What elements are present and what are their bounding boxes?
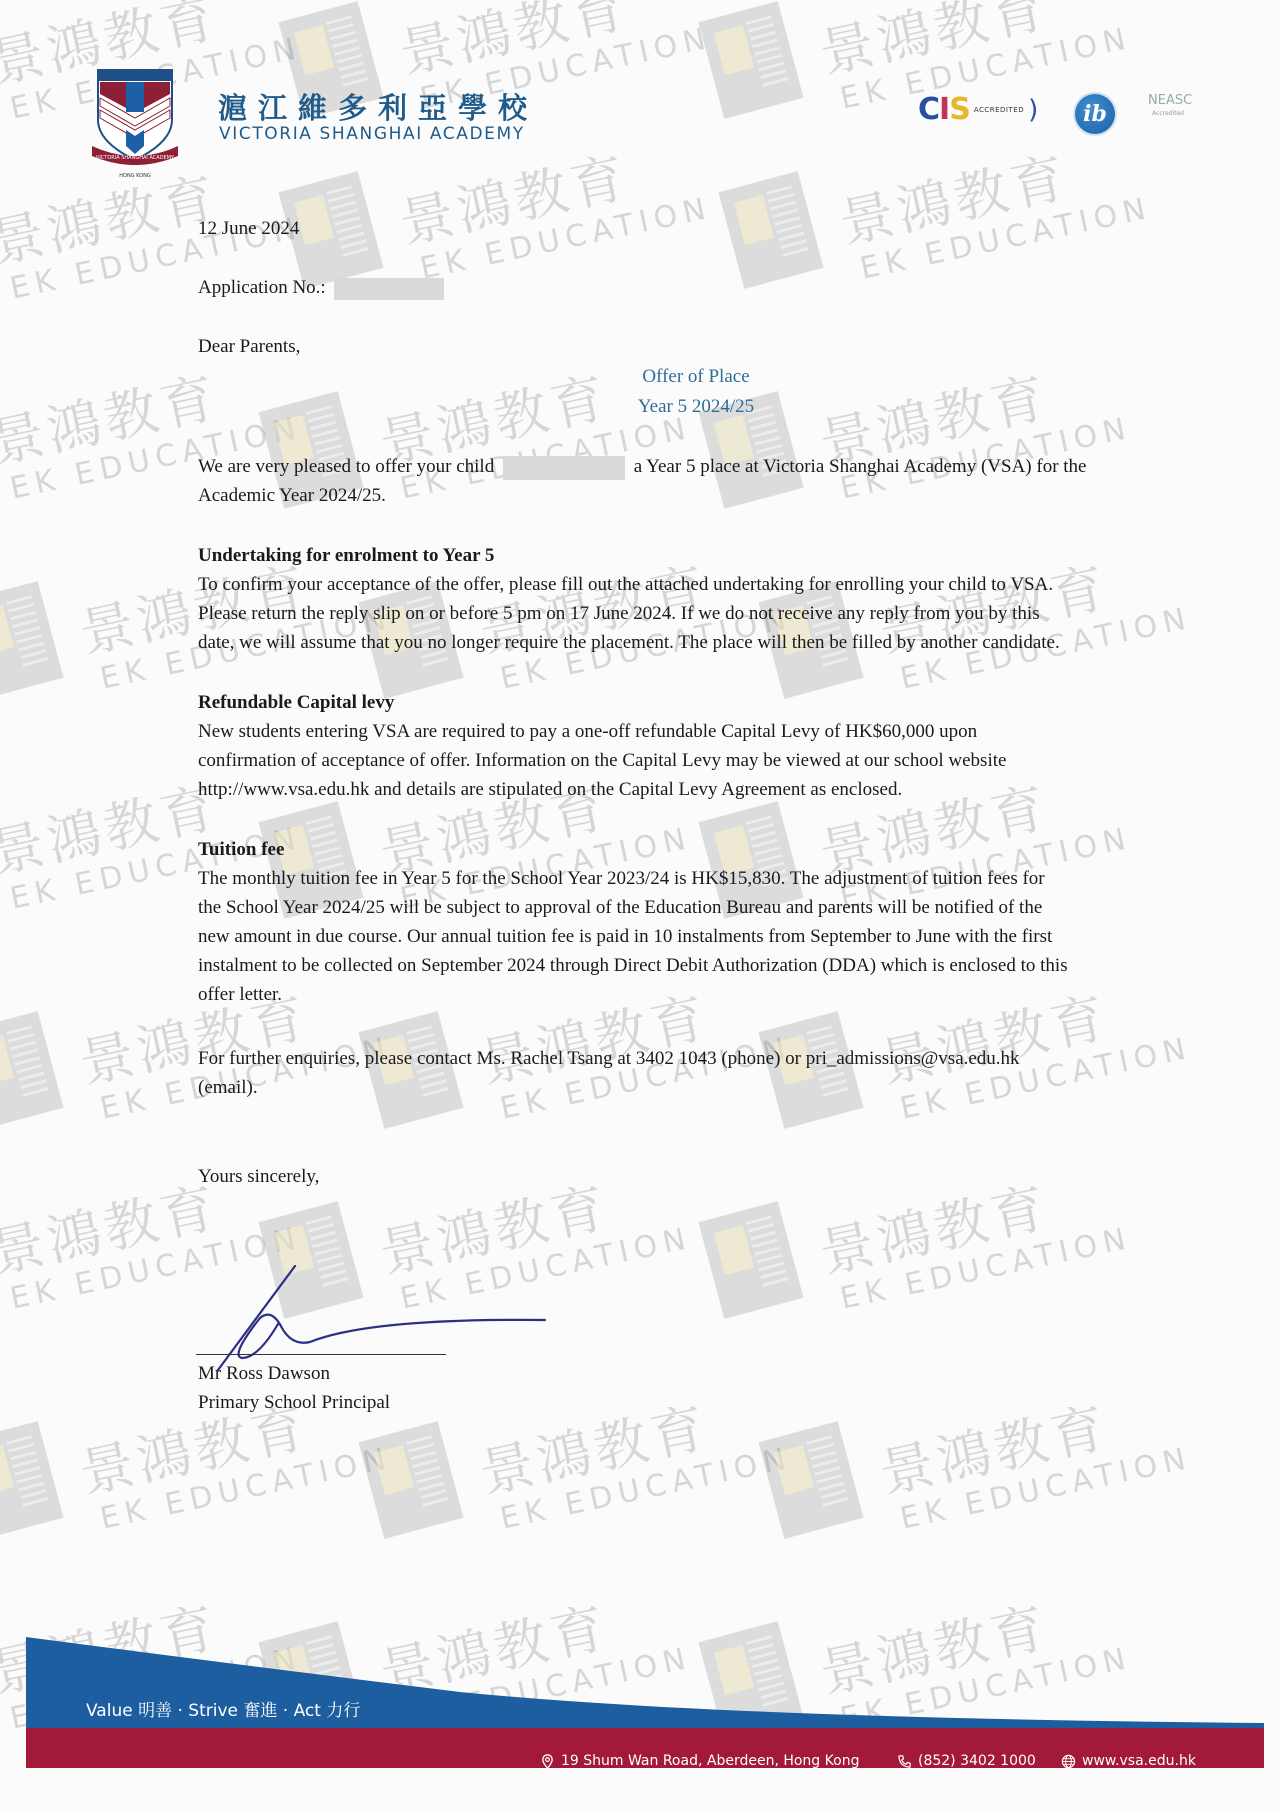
cis-accredited-label: ACCREDITED: [974, 106, 1024, 114]
section-heading: Refundable Capital levy: [198, 688, 1198, 717]
offer-title: Offer of Place Year 5 2024/25: [596, 362, 796, 422]
redacted-child-name: [503, 456, 625, 480]
school-crest-logo: VICTORIA SHANGHAI ACADEMY HONG KONG: [90, 68, 180, 180]
signature-line: [196, 1354, 446, 1355]
salutation: Dear Parents,: [198, 332, 300, 361]
globe-icon: [1061, 1754, 1076, 1769]
footer-website[interactable]: www.vsa.edu.hk: [1061, 1753, 1196, 1769]
intro-paragraph: We are very pleased to offer your child …: [198, 452, 1198, 510]
footer-address: 19 Shum Wan Road, Aberdeen, Hong Kong: [540, 1753, 859, 1769]
school-name-chinese: 滬江維多利亞學校: [218, 86, 538, 127]
location-pin-icon: [540, 1754, 555, 1769]
ib-logo: ib: [1075, 94, 1115, 134]
svg-text:VICTORIA SHANGHAI ACADEMY: VICTORIA SHANGHAI ACADEMY: [96, 155, 175, 161]
offer-title-line2: Year 5 2024/25: [596, 392, 796, 422]
cis-logo: CIS: [918, 92, 970, 127]
letter-date: 12 June 2024: [198, 214, 299, 243]
letter-page: VICTORIA SHANGHAI ACADEMY HONG KONG 滬江維多…: [0, 0, 1280, 1810]
footer-phone: (852) 3402 1000: [897, 1753, 1036, 1769]
section-tuition-fee: Tuition fee The monthly tuition fee in Y…: [198, 835, 1198, 1009]
offer-title-line1: Offer of Place: [596, 362, 796, 392]
section-undertaking: Undertaking for enrolment to Year 5 To c…: [198, 541, 1198, 657]
signatory-title: Primary School Principal: [198, 1388, 390, 1417]
application-number: Application No.:: [198, 273, 444, 302]
neasc-logo: NEASC Accredited: [1148, 94, 1188, 120]
section-heading: Undertaking for enrolment to Year 5: [198, 541, 1198, 570]
signatory-name: Mr Ross Dawson: [198, 1359, 330, 1388]
application-number-label: Application No.:: [198, 277, 326, 298]
svg-text:HONG KONG: HONG KONG: [119, 173, 151, 179]
section-capital-levy: Refundable Capital levy New students ent…: [198, 688, 1198, 804]
school-motto: Value 明善 · Strive 奮進 · Act 力行: [86, 1696, 360, 1721]
closing: Yours sincerely,: [198, 1162, 319, 1191]
section-heading: Tuition fee: [198, 835, 1198, 864]
phone-icon: [897, 1754, 912, 1769]
redacted-application-number: [334, 278, 444, 300]
enquiry-paragraph: For further enquiries, please contact Ms…: [198, 1044, 1198, 1102]
school-name-english: VICTORIA SHANGHAI ACADEMY: [219, 124, 525, 144]
cis-accredited-logo: CIS ACCREDITED ): [918, 92, 1038, 127]
